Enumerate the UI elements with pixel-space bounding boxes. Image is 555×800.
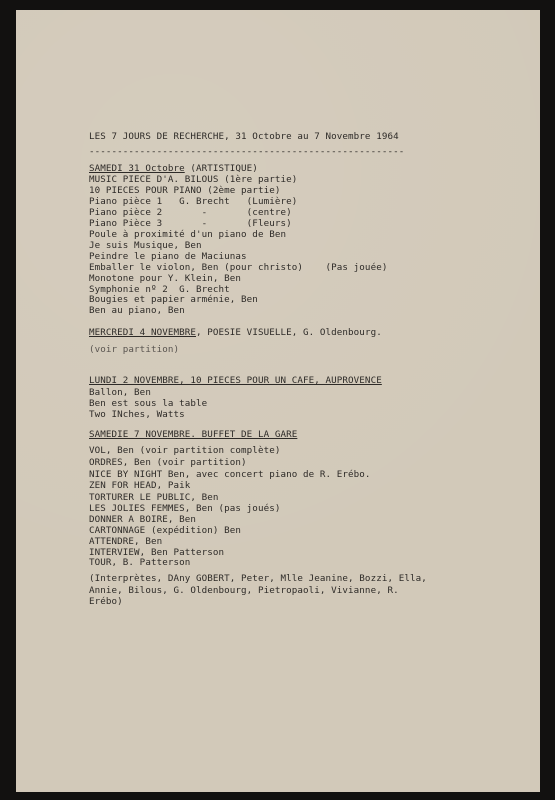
interpreters-line: Annie, Bilous, G. Oldenbourg, Pietropaol… [89,585,399,596]
program-item: Peindre le piano de Maciunas [89,251,247,262]
heading-date: SAMEDI 31 Octobre [89,163,185,174]
interpreters-line: Erébo) [89,596,123,607]
heading-date: SAMEDIE 7 NOVEMBRE. BUFFET DE LA GARE [89,429,297,440]
program-item: MUSIC PIECE D'A. BILOUS (1ère partie) [89,174,297,185]
document-title: LES 7 JOURS DE RECHERCHE, 31 Octobre au … [89,131,399,142]
program-item: Piano pièce 1 G. Brecht (Lumière) [89,196,297,207]
heading-subtitle: , POESIE VISUELLE, G. Oldenbourg. [196,327,382,338]
section-heading-samedie-7: SAMEDIE 7 NOVEMBRE. BUFFET DE LA GARE [89,429,297,440]
program-item: ORDRES, Ben (voir partition) [89,457,247,468]
heading-subtitle: (ARTISTIQUE) [185,163,258,174]
program-item: TORTURER LE PUBLIC, Ben [89,492,219,503]
program-item: (voir partition) [89,344,179,355]
section-heading-mercredi-4: MERCREDI 4 NOVEMBRE, POESIE VISUELLE, G.… [89,327,382,338]
program-item: Ben est sous la table [89,398,207,409]
program-item: Monotone pour Y. Klein, Ben [89,273,241,284]
interpreters-line: (Interprètes, DAny GOBERT, Peter, Mlle J… [89,573,427,584]
program-item: Two INches, Watts [89,409,185,420]
separator-line: ----------------------------------------… [89,146,404,157]
program-item: ZEN FOR HEAD, Paik [89,480,190,491]
program-item: Poule à proximité d'un piano de Ben [89,229,286,240]
program-item: CARTONNAGE (expédition) Ben [89,525,241,536]
program-item: Emballer le violon, Ben (pour christo) (… [89,262,387,273]
program-item: Piano pièce 2 - (centre) [89,207,292,218]
heading-date: LUNDI 2 NOVEMBRE, 10 PIECES POUR UN CAFE… [89,375,382,386]
program-item: Ben au piano, Ben [89,305,185,316]
program-item: TOUR, B. Patterson [89,557,190,568]
program-item: NICE BY NIGHT Ben, avec concert piano de… [89,469,371,480]
program-item: Bougies et papier arménie, Ben [89,294,258,305]
program-item: DONNER A BOIRE, Ben [89,514,196,525]
section-heading-samedi-31: SAMEDI 31 Octobre (ARTISTIQUE) [89,163,258,174]
program-item: 10 PIECES POUR PIANO (2ème partie) [89,185,280,196]
program-item: Ballon, Ben [89,387,151,398]
heading-date: MERCREDI 4 NOVEMBRE [89,327,196,338]
program-item: Je suis Musique, Ben [89,240,202,251]
program-item: Piano Pièce 3 - (Fleurs) [89,218,292,229]
program-item: VOL, Ben (voir partition complète) [89,445,280,456]
program-item: LES JOLIES FEMMES, Ben (pas joués) [89,503,280,514]
section-heading-lundi-2: LUNDI 2 NOVEMBRE, 10 PIECES POUR UN CAFE… [89,375,382,386]
program-item: ATTENDRE, Ben [89,536,162,547]
